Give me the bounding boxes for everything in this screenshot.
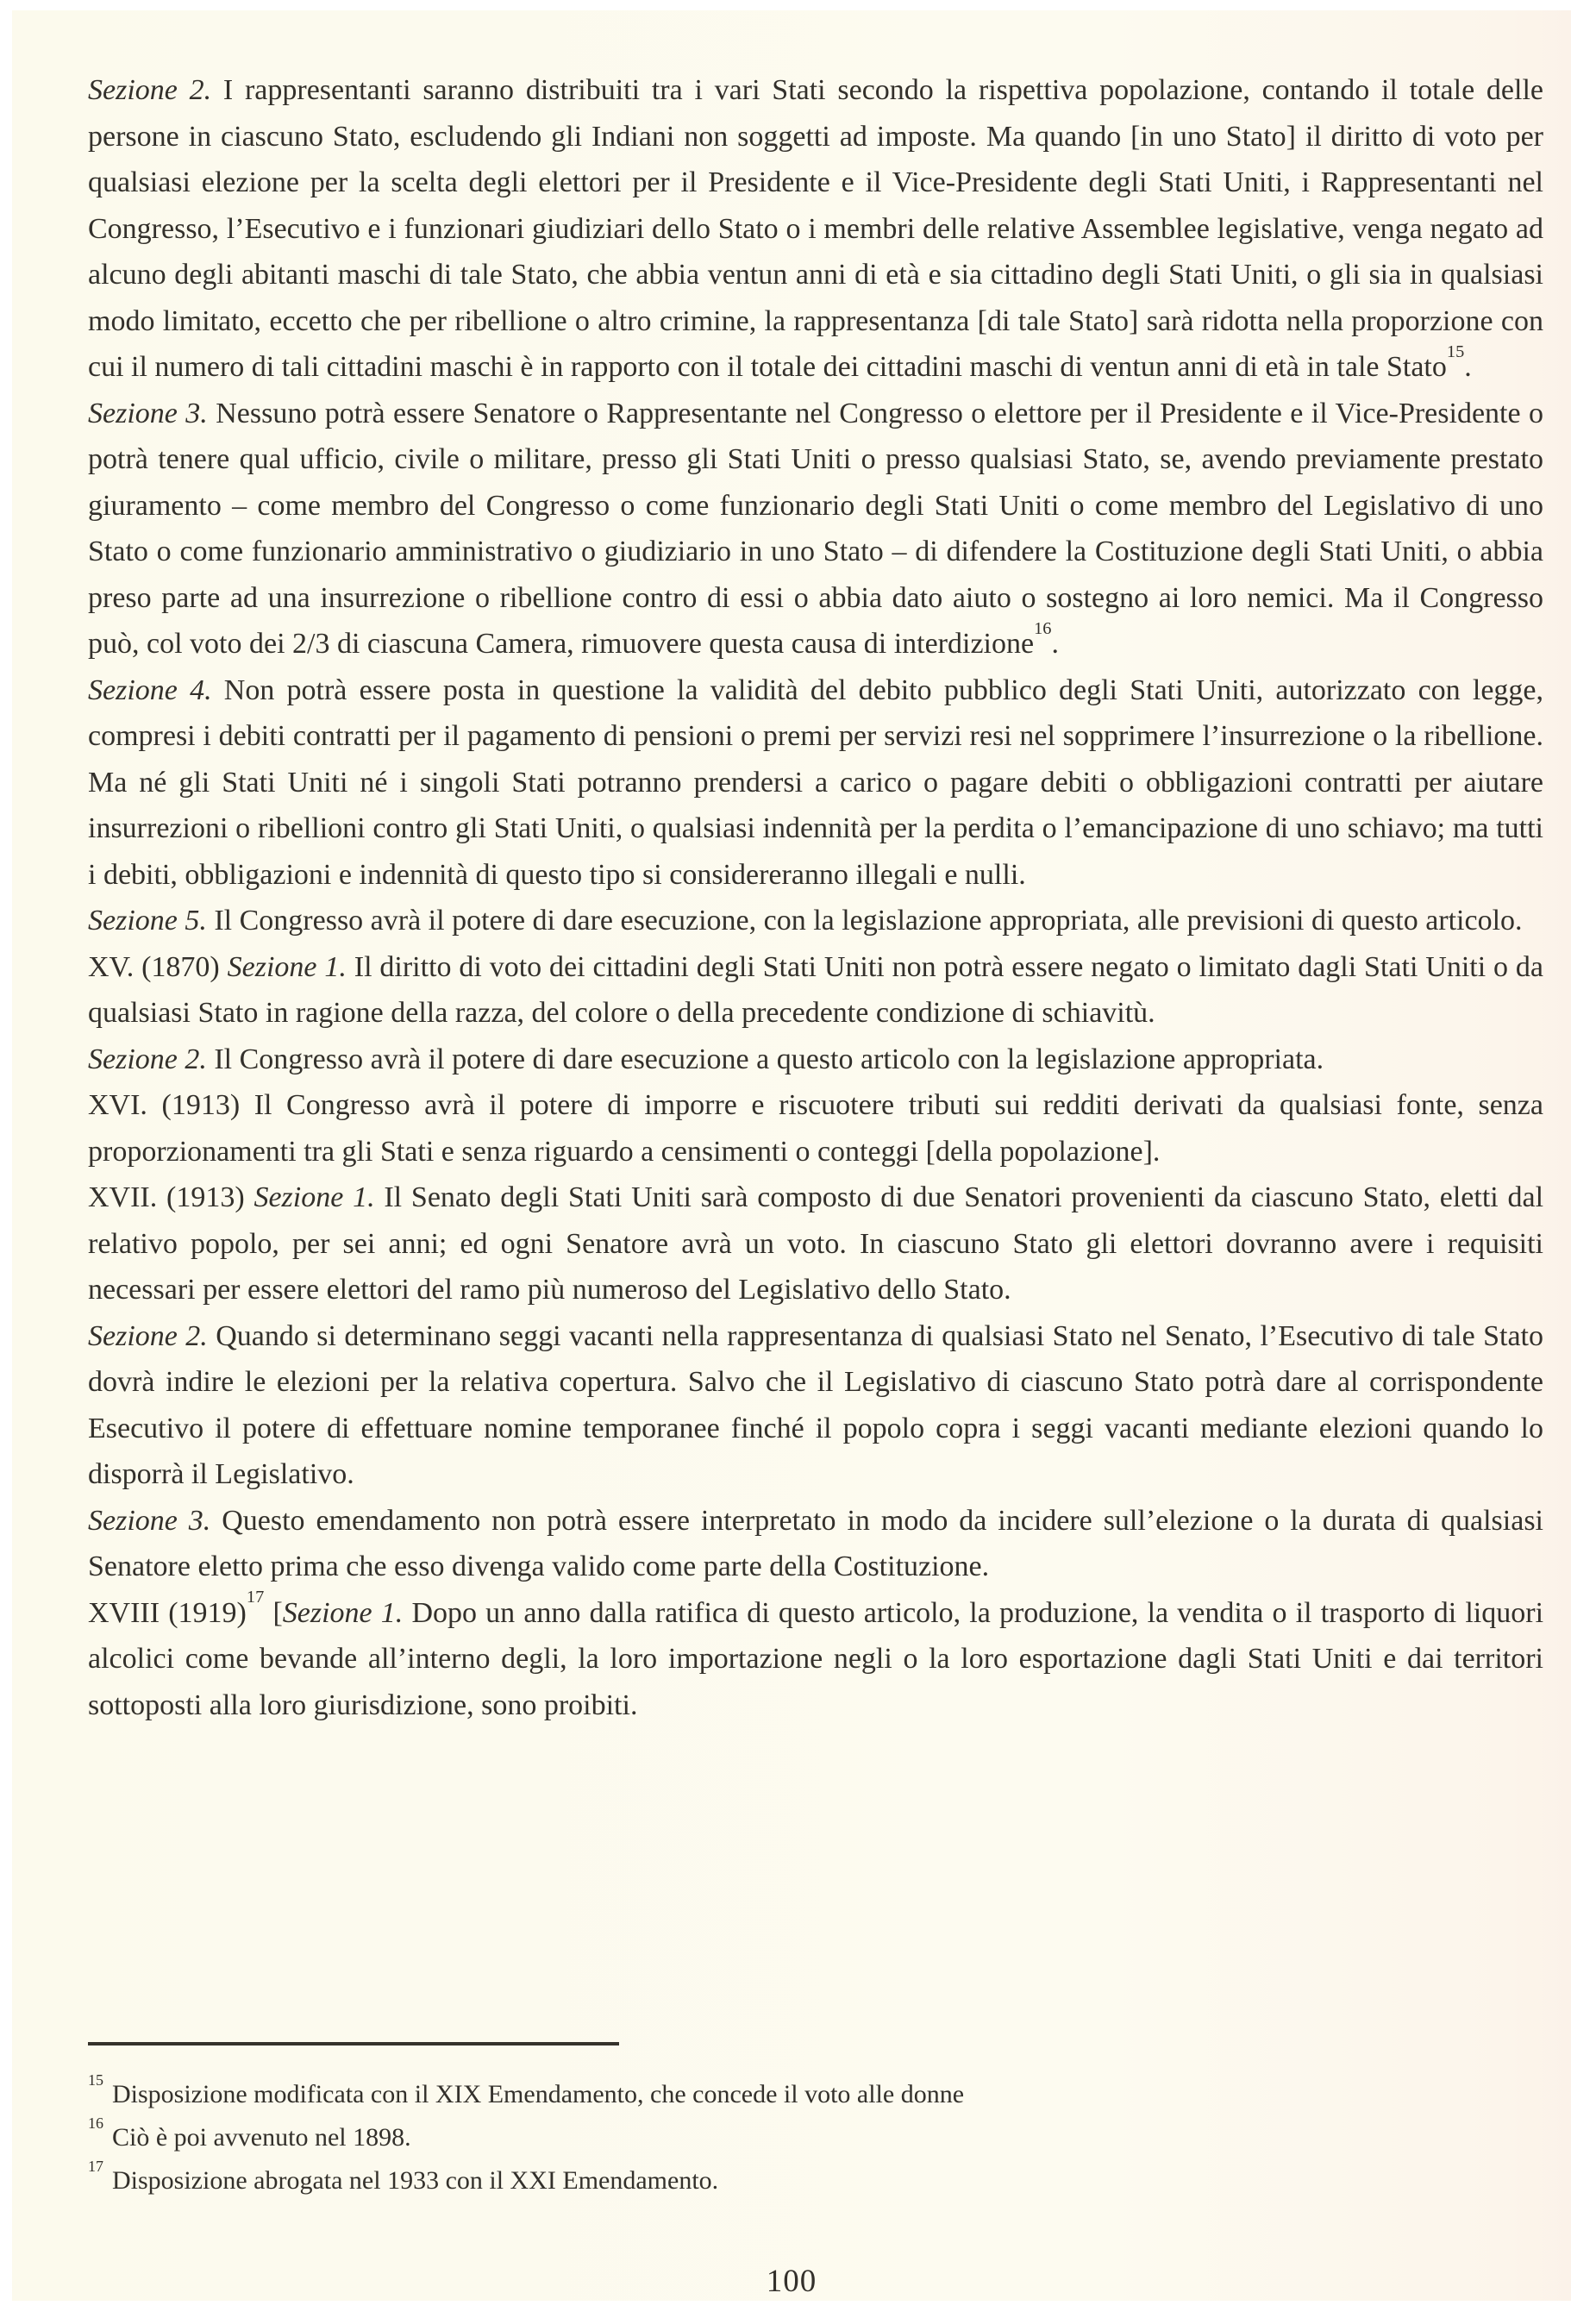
footnote-marker: 17: [88, 2158, 103, 2175]
text-run: I rappresentanti saranno distribuiti tra…: [88, 74, 1543, 383]
footnote-reference: 16: [1034, 619, 1051, 638]
text-run: Sezione 3.: [88, 1505, 210, 1537]
text-run: Sezione 3.: [88, 398, 208, 429]
paragraph: Sezione 4. Non potrà essere posta in que…: [88, 667, 1543, 899]
text-run: XVI. (1913) Il Congresso avrà il potere …: [88, 1089, 1543, 1168]
text-run: Sezione 2.: [88, 74, 211, 106]
text-run: .: [1464, 351, 1472, 383]
text-run: .: [1051, 628, 1059, 660]
paragraph: Sezione 2. I rappresentanti saranno dist…: [88, 67, 1543, 391]
text-run: Sezione 1.: [253, 1181, 374, 1213]
text-run: Nessuno potrà essere Senatore o Rapprese…: [88, 398, 1543, 661]
text-run: XVIII (1919): [88, 1597, 247, 1629]
paragraph: XV. (1870) Sezione 1. Il diritto di voto…: [88, 944, 1543, 1037]
footnotes-section: 15Disposizione modificata con il XIX Eme…: [88, 2073, 1519, 2202]
text-run: Quando si determinano seggi vacanti nell…: [88, 1320, 1543, 1491]
paragraph: Sezione 2. Il Congresso avrà il potere d…: [88, 1037, 1543, 1083]
paragraph: XVII. (1913) Sezione 1. Il Senato degli …: [88, 1175, 1543, 1313]
footnote-text: Ciò è poi avvenuto nel 1898.: [112, 2123, 411, 2152]
text-run: XVII. (1913): [88, 1181, 253, 1213]
text-run: Questo emendamento non potrà essere inte…: [88, 1505, 1543, 1583]
page-number: 100: [12, 2263, 1571, 2300]
scanned-book-page: Sezione 2. I rappresentanti saranno dist…: [12, 10, 1571, 2301]
paragraph: Sezione 3. Nessuno potrà essere Senatore…: [88, 391, 1543, 667]
text-run: Sezione 5.: [88, 905, 207, 937]
paragraph: XVI. (1913) Il Congresso avrà il potere …: [88, 1082, 1543, 1175]
text-run: Sezione 1.: [228, 951, 347, 983]
footnote-divider: [88, 2042, 619, 2045]
text-run: Sezione 1.: [283, 1597, 404, 1629]
text-run: Sezione 2.: [88, 1320, 208, 1352]
text-run: Non potrà essere posta in questione la v…: [88, 674, 1543, 891]
text-run: [: [264, 1597, 282, 1629]
footnote-text: Disposizione modificata con il XIX Emend…: [112, 2080, 964, 2108]
footnote: 17Disposizione abrogata nel 1933 con il …: [88, 2159, 1519, 2202]
paragraph: XVIII (1919)17 [Sezione 1. Dopo un anno …: [88, 1590, 1543, 1729]
footnote-reference: 17: [247, 1588, 264, 1607]
text-run: Il Congresso avrà il potere di dare esec…: [207, 1043, 1324, 1075]
footnote: 16Ciò è poi avvenuto nel 1898.: [88, 2116, 1519, 2159]
text-run: Il Congresso avrà il potere di dare esec…: [207, 905, 1523, 937]
text-run: Sezione 4.: [88, 674, 212, 706]
paragraph: Sezione 3. Questo emendamento non potrà …: [88, 1498, 1543, 1590]
footnote-reference: 15: [1447, 342, 1464, 361]
footnote: 15Disposizione modificata con il XIX Eme…: [88, 2073, 1519, 2116]
footnote-marker: 15: [88, 2071, 103, 2089]
text-run: Sezione 2.: [88, 1043, 207, 1075]
text-run: XV. (1870): [88, 951, 228, 983]
footnote-text: Disposizione abrogata nel 1933 con il XX…: [112, 2166, 718, 2195]
footnote-marker: 16: [88, 2114, 103, 2132]
document-body: Sezione 2. I rappresentanti saranno dist…: [88, 67, 1543, 1728]
paragraph: Sezione 2. Quando si determinano seggi v…: [88, 1313, 1543, 1498]
paragraph: Sezione 5. Il Congresso avrà il potere d…: [88, 898, 1543, 944]
